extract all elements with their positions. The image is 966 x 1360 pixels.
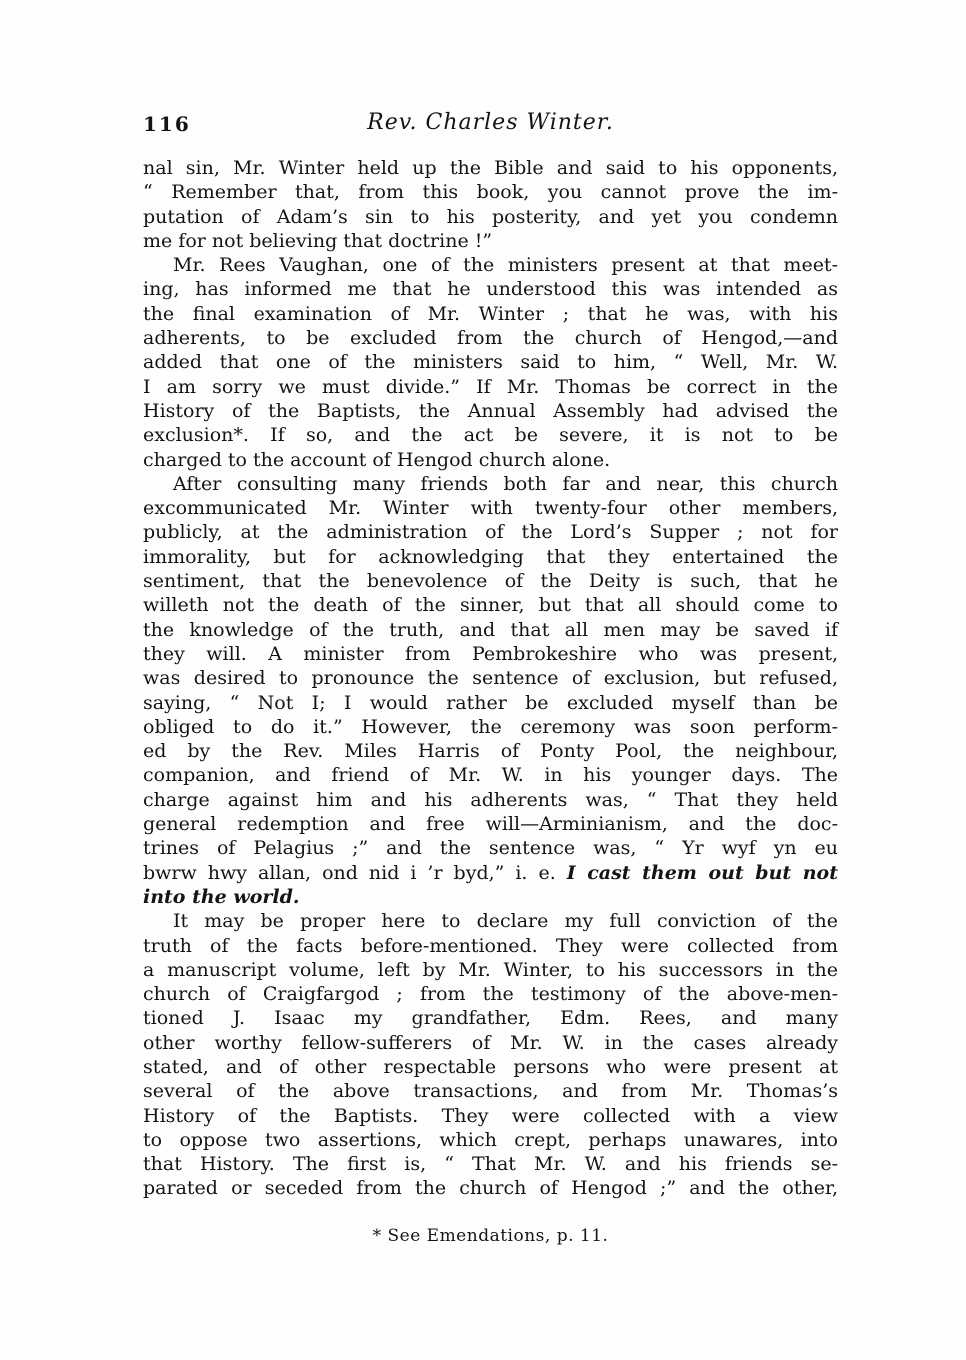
text-segment: several of the above transactions, and f… [143,1080,838,1102]
text-line: tioned J. Isaac my grandfather, Edm. Ree… [143,1006,838,1030]
text-segment: “ Remember that, from this book, you can… [143,181,838,203]
text-line: willeth not the death of the sinner, but… [143,593,838,617]
text-segment: History of the Baptists. They were colle… [143,1105,838,1127]
text-segment: bwrw hwy allan, ond nid i ’r byd,” i. e. [143,862,567,884]
text-line: nal sin, Mr. Winter held up the Bible an… [143,156,838,180]
text-segment: charged to the account of Hengod church … [143,449,610,471]
text-line: charged to the account of Hengod church … [143,448,838,472]
text-segment: immorality, but for acknowledging that t… [143,546,838,568]
text-segment: to oppose two assertions, which crept, p… [143,1129,838,1151]
text-line: church of Craigfargod ; from the testimo… [143,982,838,1006]
text-line: bwrw hwy allan, ond nid i ’r byd,” i. e.… [143,861,838,885]
text-segment: charge against him and his adherents was… [143,789,838,811]
text-column: 116 Rev. Charles Winter. nal sin, Mr. Wi… [143,110,838,1201]
text-line: publicly, at the administration of the L… [143,520,838,544]
body-text: nal sin, Mr. Winter held up the Bible an… [143,156,838,1201]
text-line: “ Remember that, from this book, you can… [143,180,838,204]
text-segment: me for not believing that doctrine !” [143,230,492,252]
text-line: trines of Pelagius ;” and the sentence w… [143,836,838,860]
paragraph: nal sin, Mr. Winter held up the Bible an… [143,156,838,253]
text-line: added that one of the ministers said to … [143,350,838,374]
text-segment: I am sorry we must divide.” If Mr. Thoma… [143,376,838,398]
page-header: 116 Rev. Charles Winter. [143,110,838,142]
text-line: sentiment, that the benevolence of the D… [143,569,838,593]
text-segment: the knowledge of the truth, and that all… [143,619,838,641]
text-line: ed by the Rev. Miles Harris of Ponty Poo… [143,739,838,763]
text-line: companion, and friend of Mr. W. in his y… [143,763,838,787]
text-segment: truth of the facts before-mentioned. The… [143,935,838,957]
paragraph: Mr. Rees Vaughan, one of the ministers p… [143,253,838,472]
text-line: the knowledge of the truth, and that all… [143,618,838,642]
text-line: the final examination of Mr. Winter ; th… [143,302,838,326]
text-segment: willeth not the death of the sinner, but… [143,594,838,616]
text-line: truth of the facts before-mentioned. The… [143,934,838,958]
text-segment: saying, “ Not I; I would rather be exclu… [143,692,838,714]
text-line: into the world. [143,885,838,909]
text-line: parated or seceded from the church of He… [143,1176,838,1200]
running-title: Rev. Charles Winter. [143,110,838,135]
text-segment: putation of Adam’s sin to his posterity,… [143,206,838,228]
text-line: me for not believing that doctrine !” [143,229,838,253]
text-line: It may be proper here to declare my full… [143,909,838,933]
text-segment: tioned J. Isaac my grandfather, Edm. Ree… [143,1007,838,1029]
text-segment: companion, and friend of Mr. W. in his y… [143,764,838,786]
text-segment: After consulting many friends both far a… [173,473,838,495]
text-line: they will. A minister from Pembrokeshire… [143,642,838,666]
text-segment: the final examination of Mr. Winter ; th… [143,303,838,325]
text-segment: general redemption and free will—Arminia… [143,813,838,835]
text-segment: ing, has informed me that he understood … [143,278,838,300]
text-line: several of the above transactions, and f… [143,1079,838,1103]
text-line: general redemption and free will—Arminia… [143,812,838,836]
text-segment: added that one of the ministers said to … [143,351,838,373]
text-segment: It may be proper here to declare my full… [173,910,838,932]
text-segment: church of Craigfargod ; from the testimo… [143,983,838,1005]
text-segment: obliged to do it.” However, the ceremony… [143,716,838,738]
paragraph: After consulting many friends both far a… [143,472,838,909]
text-line: History of the Baptists, the Annual Asse… [143,399,838,423]
text-line: putation of Adam’s sin to his posterity,… [143,205,838,229]
text-segment: that History. The first is, “ That Mr. W… [143,1153,838,1175]
footnote: * See Emendations, p. 11. [143,1226,838,1246]
text-line: adherents, to be excluded from the churc… [143,326,838,350]
text-segment: parated or seceded from the church of He… [143,1177,838,1199]
text-line: excommunicated Mr. Winter with twenty-fo… [143,496,838,520]
text-line: Mr. Rees Vaughan, one of the ministers p… [143,253,838,277]
text-segment: sentiment, that the benevolence of the D… [143,570,838,592]
text-line: History of the Baptists. They were colle… [143,1104,838,1128]
text-line: immorality, but for acknowledging that t… [143,545,838,569]
text-line: a manuscript volume, left by Mr. Winter,… [143,958,838,982]
text-line: other worthy fellow-sufferers of Mr. W. … [143,1031,838,1055]
text-segment: excommunicated Mr. Winter with twenty-fo… [143,497,838,519]
text-segment: publicly, at the administration of the L… [143,521,838,543]
text-line: exclusion*. If so, and the act be severe… [143,423,838,447]
text-line: stated, and of other respectable persons… [143,1055,838,1079]
text-segment: adherents, to be excluded from the churc… [143,327,838,349]
text-line: to oppose two assertions, which crept, p… [143,1128,838,1152]
text-segment: Mr. Rees Vaughan, one of the ministers p… [173,254,838,276]
text-segment: they will. A minister from Pembrokeshire… [143,643,838,665]
text-line: After consulting many friends both far a… [143,472,838,496]
text-segment: exclusion*. If so, and the act be severe… [143,424,838,446]
text-segment: trines of Pelagius ;” and the sentence w… [143,837,838,859]
text-line: saying, “ Not I; I would rather be exclu… [143,691,838,715]
text-line: charge against him and his adherents was… [143,788,838,812]
page-number: 116 [143,112,191,136]
scanned-book-page: 116 Rev. Charles Winter. nal sin, Mr. Wi… [0,0,966,1360]
text-line: that History. The first is, “ That Mr. W… [143,1152,838,1176]
text-line: I am sorry we must divide.” If Mr. Thoma… [143,375,838,399]
text-line: ing, has informed me that he understood … [143,277,838,301]
text-line: was desired to pronounce the sentence of… [143,666,838,690]
text-line: obliged to do it.” However, the ceremony… [143,715,838,739]
text-segment: stated, and of other respectable persons… [143,1056,838,1078]
text-segment: nal sin, Mr. Winter held up the Bible an… [143,157,838,179]
paragraph: It may be proper here to declare my full… [143,909,838,1201]
text-segment: a manuscript volume, left by Mr. Winter,… [143,959,838,981]
emphasized-text: I cast them out but not [567,862,838,884]
text-segment: ed by the Rev. Miles Harris of Ponty Poo… [143,740,838,762]
text-segment: was desired to pronounce the sentence of… [143,667,838,689]
footnote-text: * See Emendations, p. 11. [373,1226,609,1246]
text-segment: other worthy fellow-sufferers of Mr. W. … [143,1032,838,1054]
emphasized-text: into the world. [143,886,300,908]
text-segment: History of the Baptists, the Annual Asse… [143,400,838,422]
